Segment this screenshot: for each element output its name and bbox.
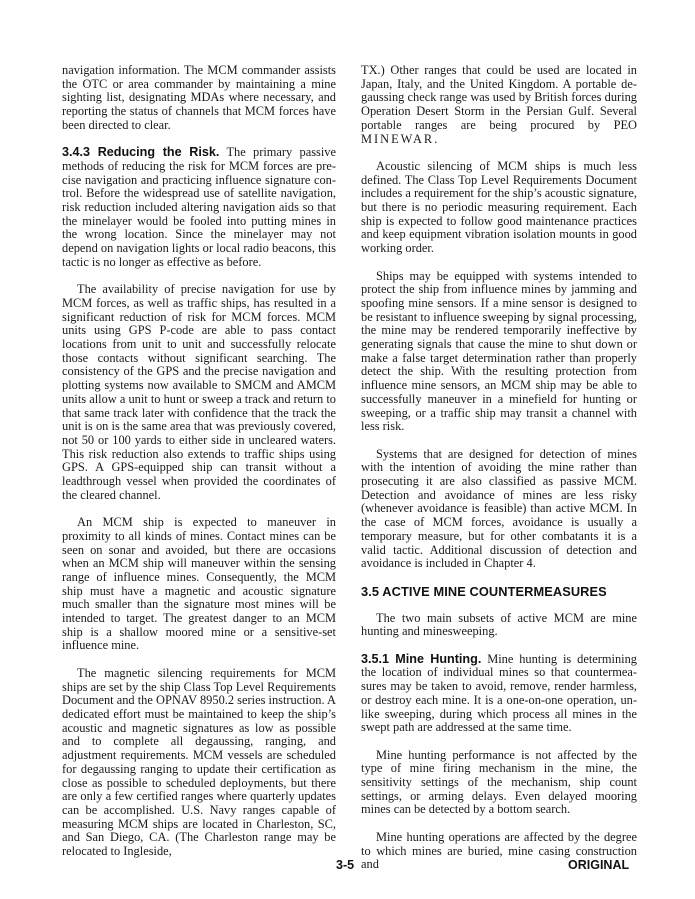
section-3-4-3: 3.4.3 Reducing the Risk. The primary pas…	[62, 146, 336, 269]
page-number: 3-5	[336, 858, 354, 872]
paragraph-magnetic-silencing: The magnetic silencing requirements for …	[62, 667, 336, 859]
edition-mark: ORIGINAL	[568, 858, 629, 872]
section-3-5-1: 3.5.1 Mine Hunting. Mine hunting is dete…	[361, 653, 637, 735]
paragraph-navigation-info: navigation information. The MCM commande…	[62, 64, 336, 133]
section-heading-mine-hunting: 3.5.1 Mine Hunting.	[361, 652, 481, 666]
section-heading-reducing-risk: 3.4.3 Reducing the Risk.	[62, 145, 219, 159]
paragraph-mcm-ship-maneuver: An MCM ship is expected to maneuver in p…	[62, 516, 336, 653]
org-name-minewar: MINEWAR.	[361, 132, 439, 146]
document-page: navigation information. The MCM commande…	[0, 0, 695, 899]
paragraph-active-mcm-subsets: The two main subsets of active MCM are m…	[361, 612, 637, 639]
paragraph-precise-navigation: The availability of precise navigation f…	[62, 283, 336, 502]
paragraph-hunting-performance: Mine hunting performance is not affected…	[361, 749, 637, 818]
paragraph-detection-avoidance: Systems that are designed for detection …	[361, 448, 637, 571]
section-heading-active-mcm: 3.5 ACTIVE MINE COUNTERMEASURES	[361, 585, 637, 599]
right-column: TX.) Other ranges that could be used are…	[361, 64, 637, 886]
section-body-reducing-risk: The primary passive methods of reducing …	[62, 145, 336, 269]
paragraph-acoustic-silencing: Acoustic silencing of MCM ships is much …	[361, 160, 637, 256]
left-column: navigation information. The MCM commande…	[62, 64, 336, 872]
paragraph-other-ranges-text: TX.) Other ranges that could be used are…	[361, 63, 637, 132]
paragraph-other-ranges: TX.) Other ranges that could be used are…	[361, 64, 637, 146]
paragraph-jamming-spoofing: Ships may be equipped with systems inten…	[361, 270, 637, 434]
